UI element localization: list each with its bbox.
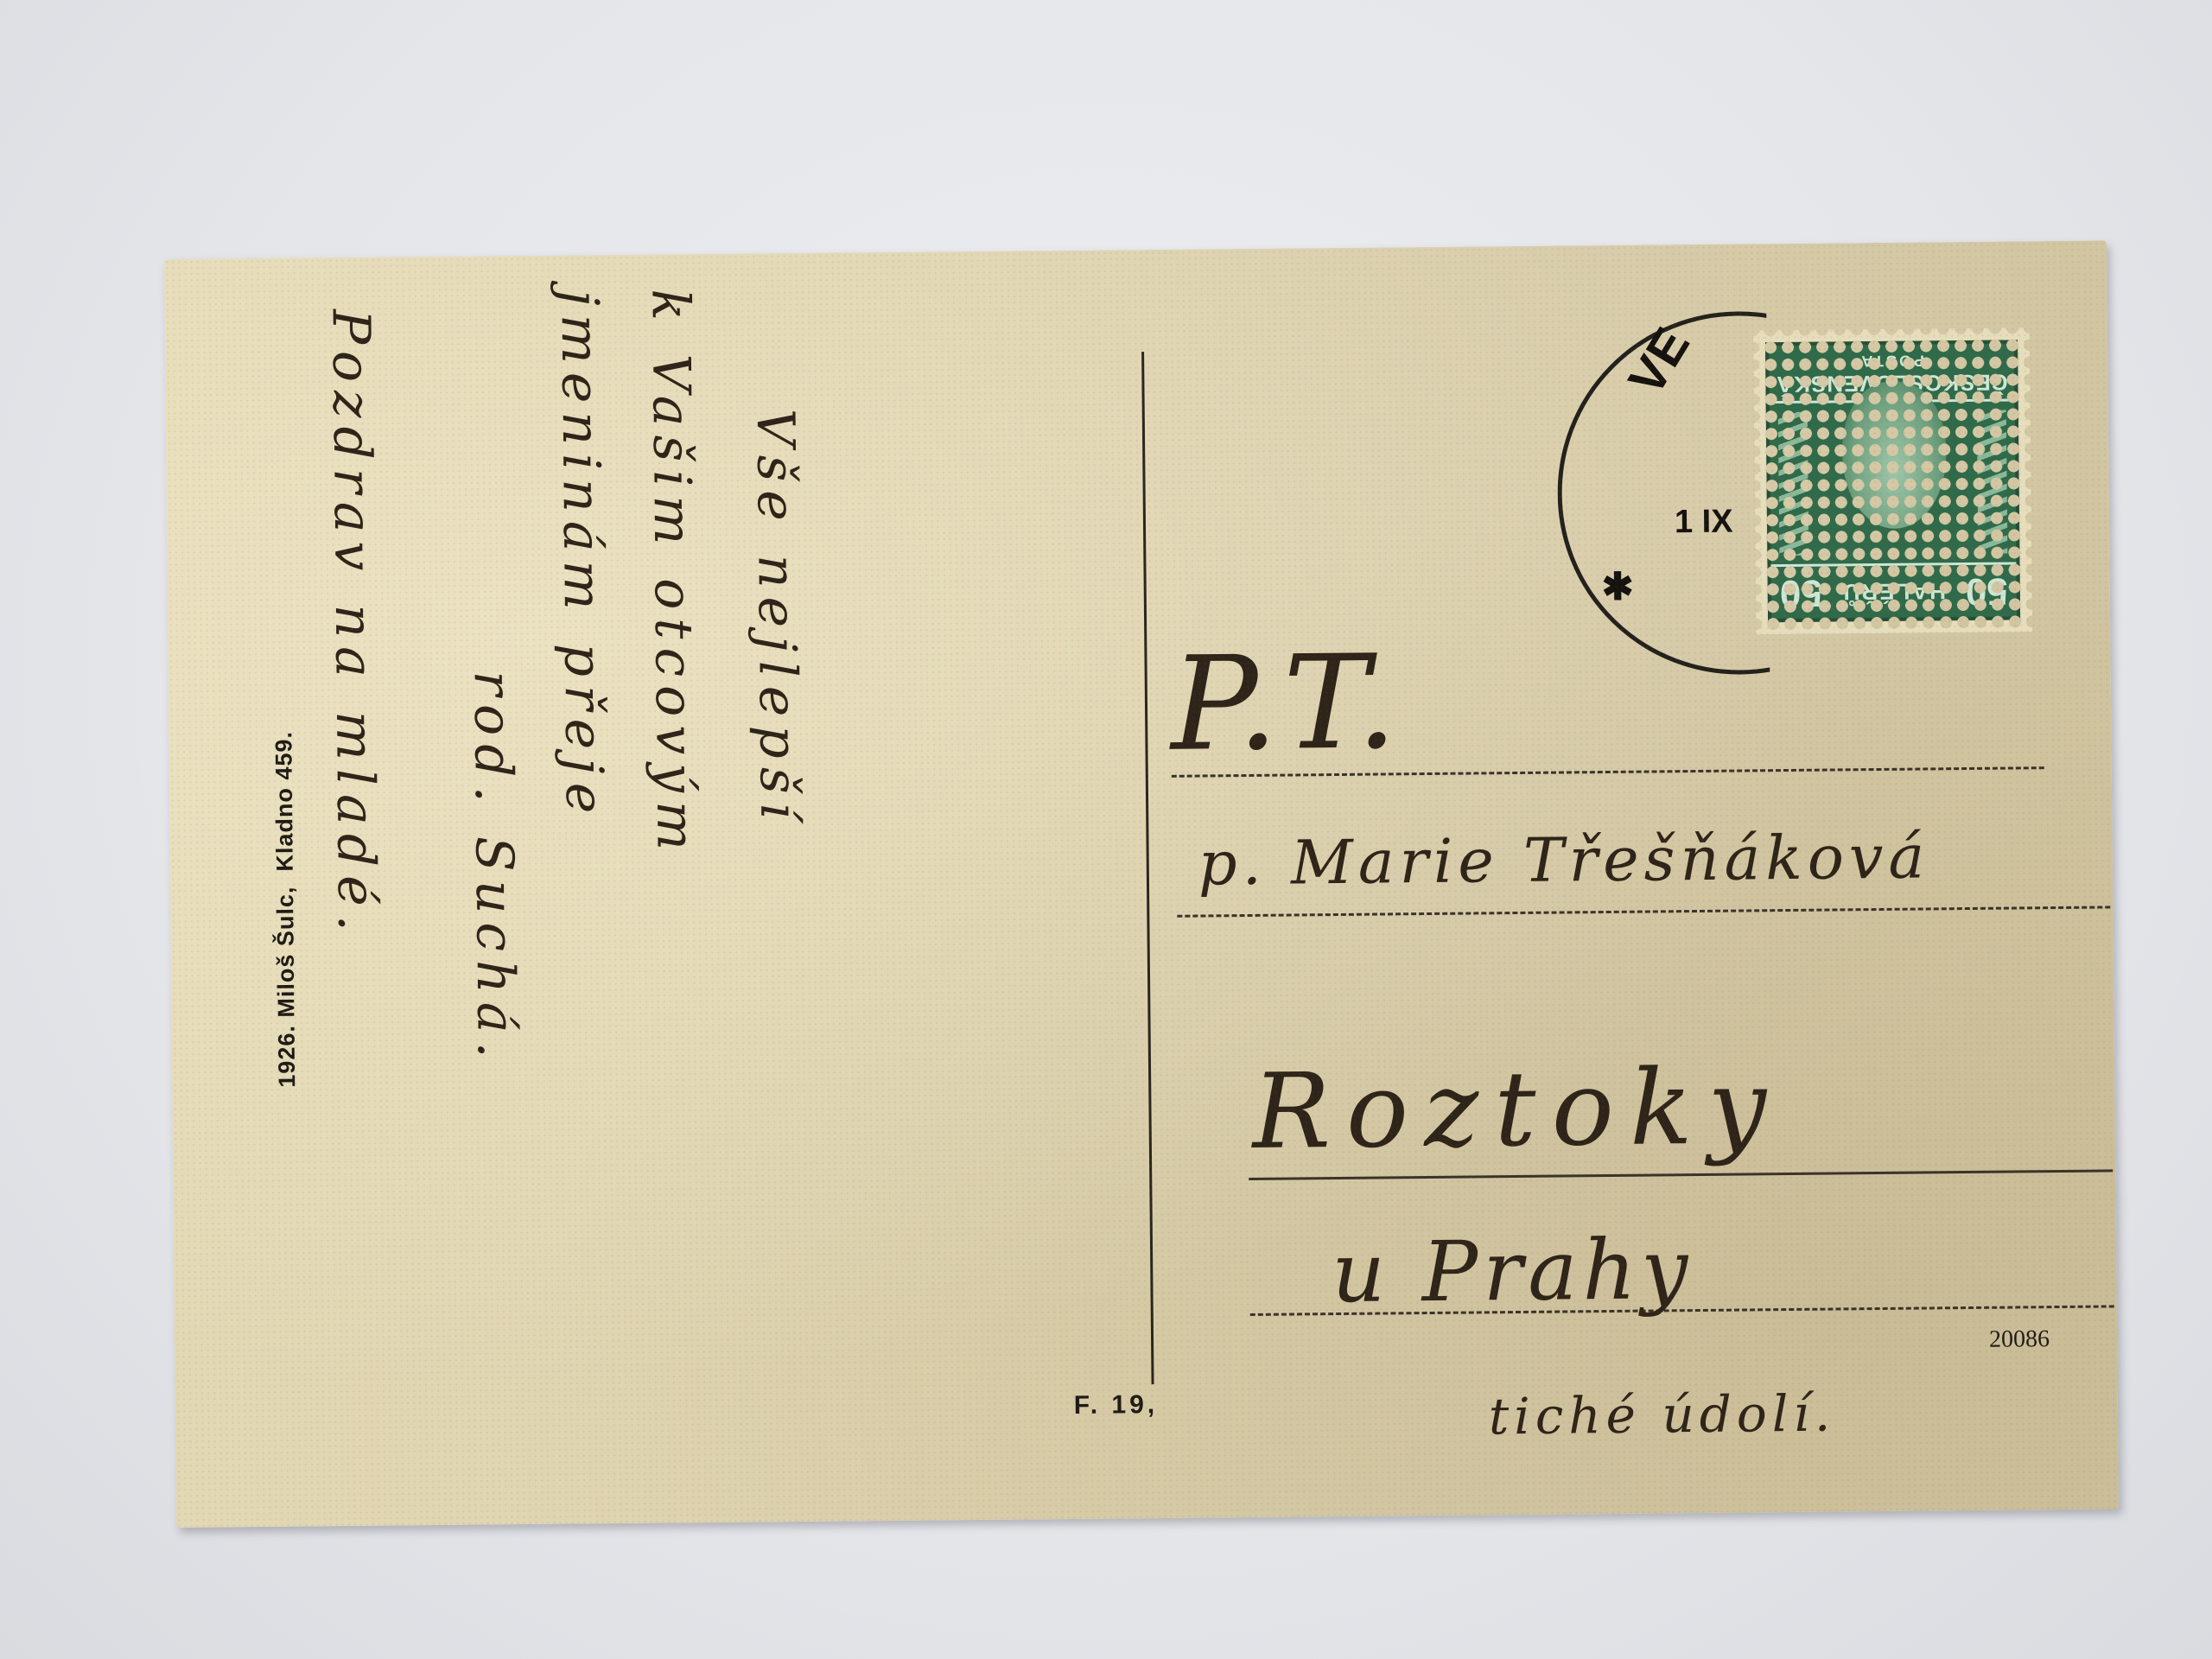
stamp-value-left: 50 xyxy=(1966,569,2008,613)
locality: tiché údolí. xyxy=(1489,1383,1836,1446)
address-line-2 xyxy=(1177,906,2110,917)
salutation: P.T. xyxy=(1170,627,1403,780)
town: Roztoky xyxy=(1252,1047,1783,1173)
publisher-imprint: 1926. Miloš Šulc, Kladno 459. xyxy=(270,731,301,1088)
message-line-2: k Vašim otcovým xyxy=(639,289,705,859)
region: u Prahy xyxy=(1332,1221,1694,1321)
stamp-portrait xyxy=(1770,401,2017,564)
stamp-unit: HALÉŘŮ xyxy=(1841,578,1946,606)
portrait-icon xyxy=(1841,381,1947,529)
message-line-1: Vše nejlepší xyxy=(745,409,810,828)
laurel-icon xyxy=(1977,410,2008,554)
message-line-3: jmeninám přeje xyxy=(549,289,614,823)
stamp-posta: POŠTA xyxy=(1769,350,2014,371)
postmark-star-icon: ✱ xyxy=(1601,565,1633,609)
serial-number: 20086 xyxy=(1989,1325,2050,1354)
laurel-icon xyxy=(1778,412,1809,556)
message-line-5: Pozdrav na mladé. xyxy=(321,309,387,940)
stamp-value-right: 50 xyxy=(1780,571,1822,614)
recipient-name: p. Marie Třešňáková xyxy=(1198,821,1929,899)
postmark-date: 1 IX xyxy=(1675,504,1733,542)
postcard: 1926. Miloš Šulc, Kladno 459. Pozdrav na… xyxy=(164,240,2119,1528)
form-code: F. 19, xyxy=(1074,1390,1159,1421)
message-line-4: rod. Suchá. xyxy=(462,671,526,1067)
divider-line xyxy=(1141,352,1154,1384)
postage-stamp: 50 HALÉŘŮ 50 ČESKOSLOVENSKÁ POŠTA xyxy=(1753,327,2032,634)
